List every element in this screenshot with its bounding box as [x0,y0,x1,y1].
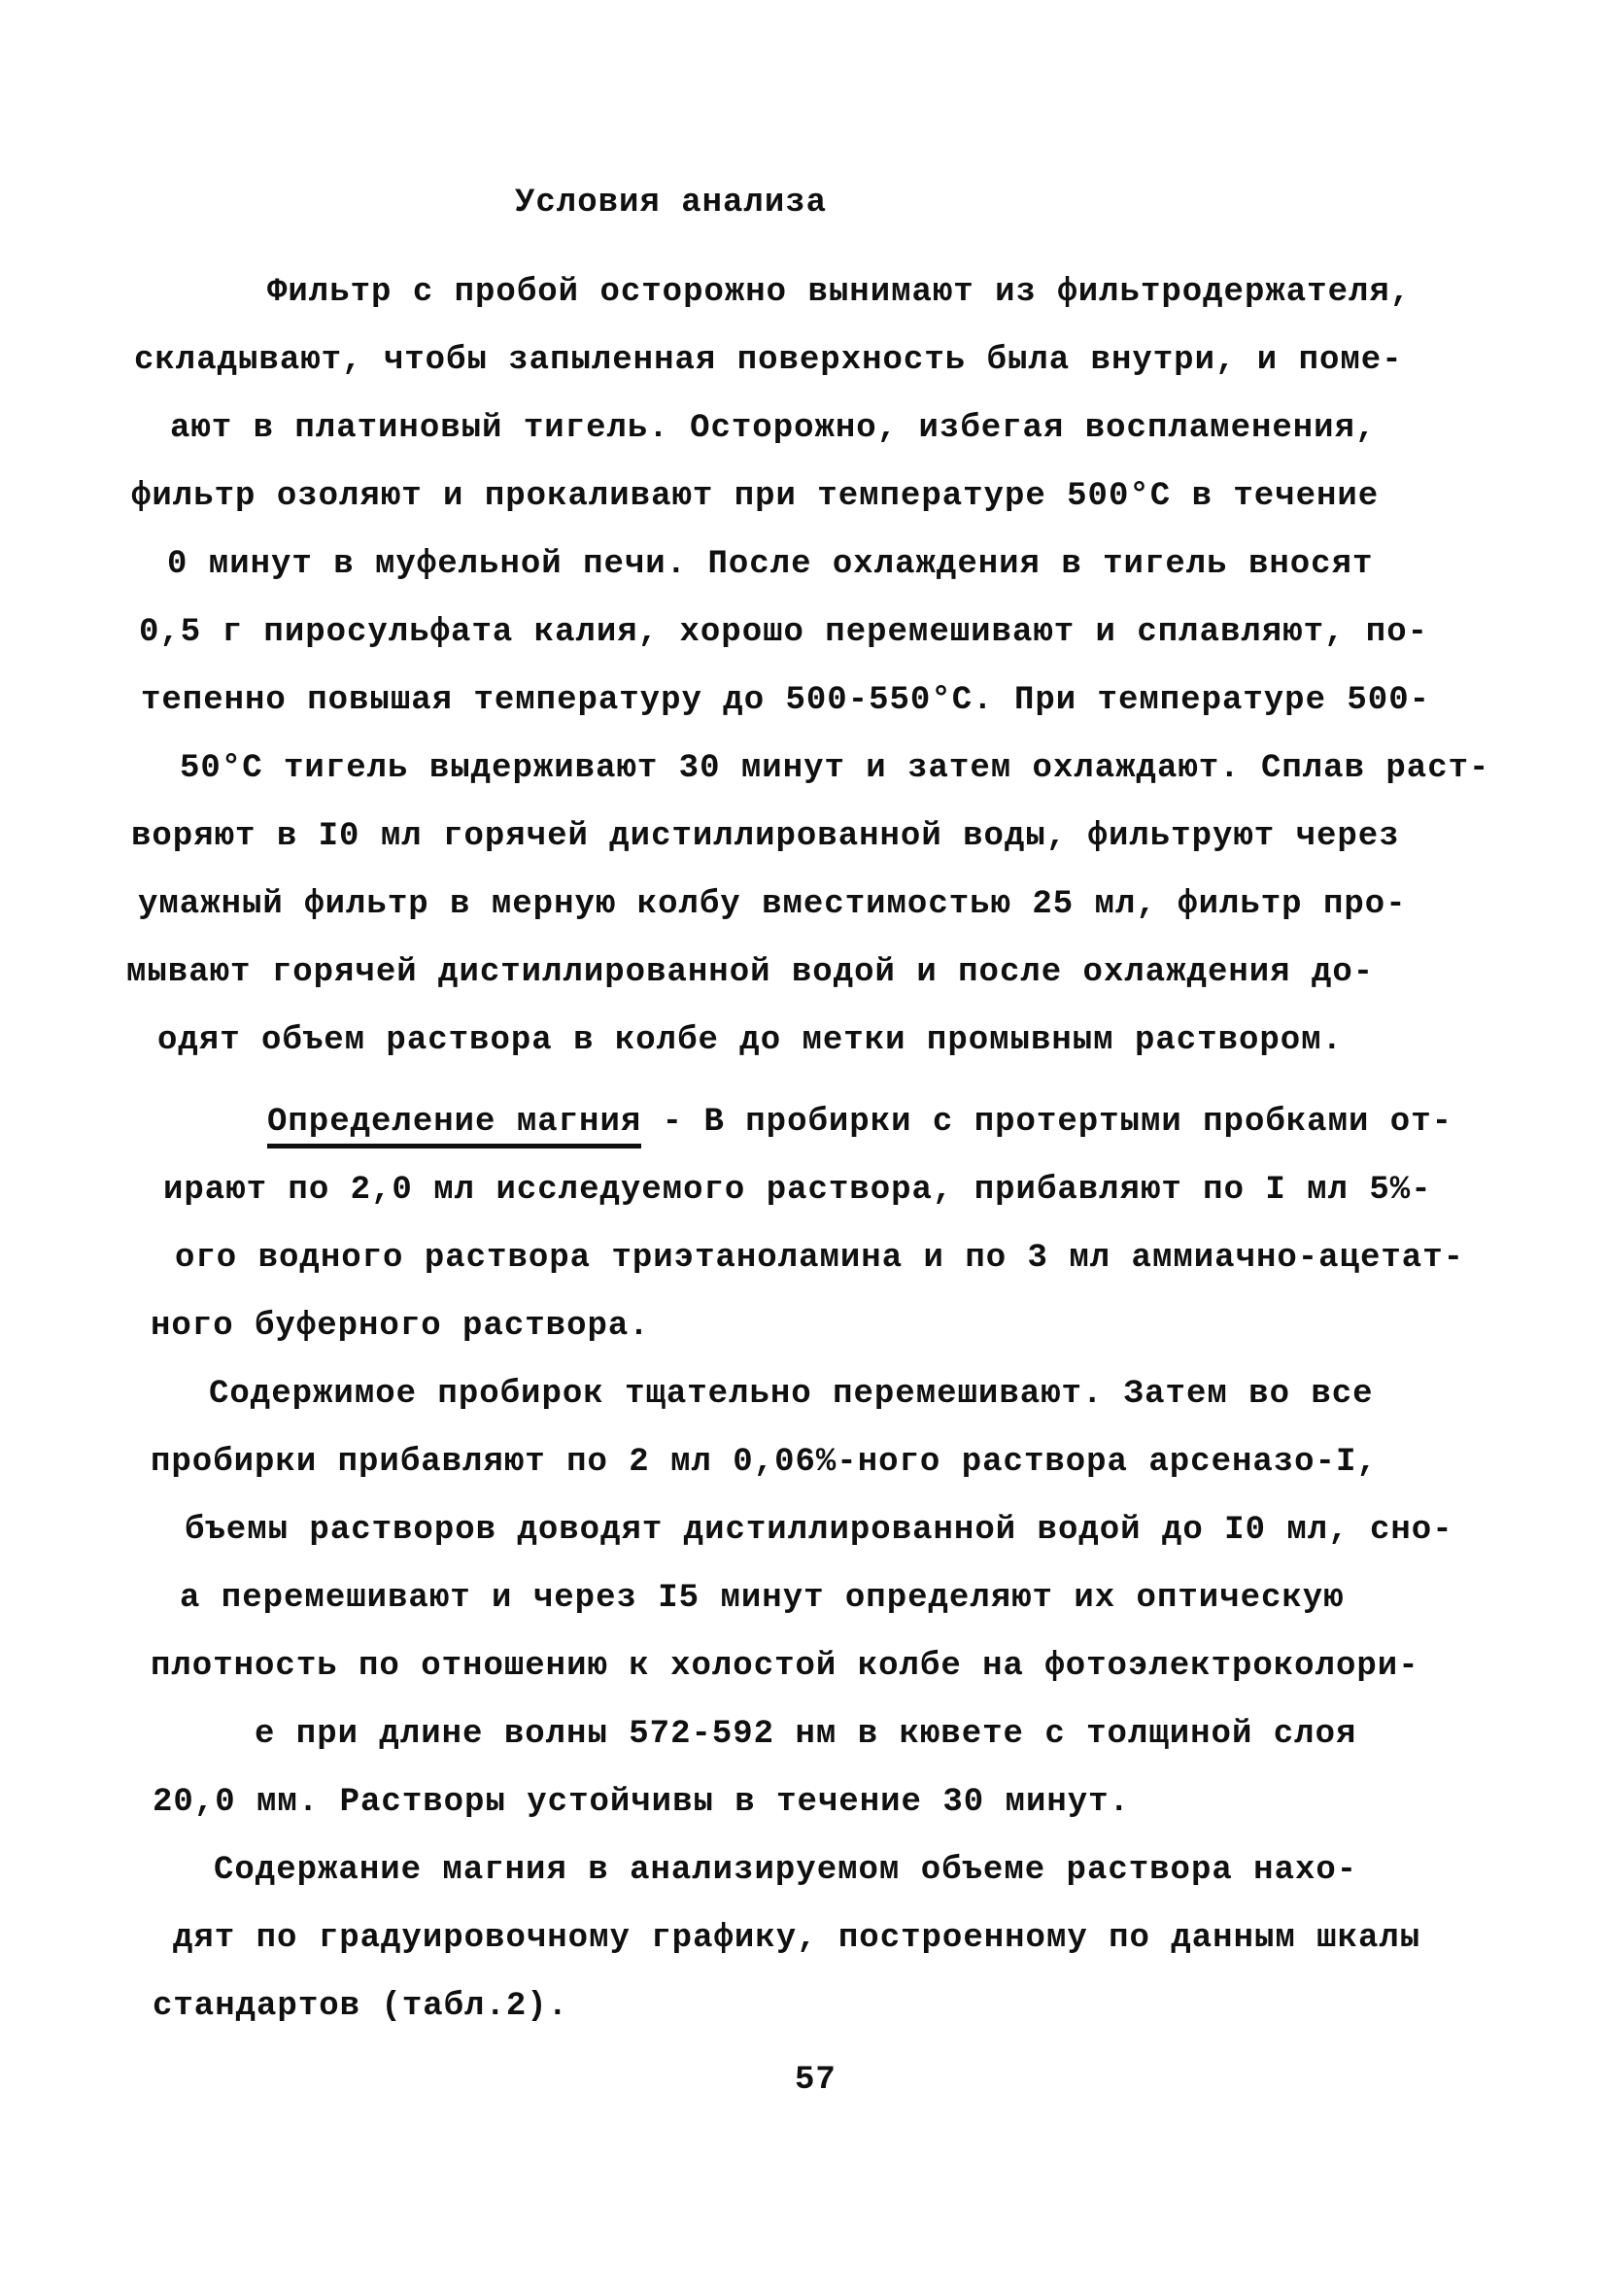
text-line: воряют в I0 мл горячей дистиллированной … [0,803,1606,871]
text-line: ого водного раствора триэтаноламина и по… [0,1224,1606,1292]
text-line: а перемешивают и через I5 минут определя… [0,1564,1606,1632]
text-body: Фильтр с пробой осторожно вынимают из фи… [0,258,1606,2040]
text-line: ают в платиновый тигель. Осторожно, избе… [0,394,1606,463]
text-line: е при длине волны 572-592 нм в кювете с … [0,1700,1606,1768]
text-line: 0 минут в муфельной печи. После охлажден… [0,531,1606,599]
text-line: ного буферного раствора. [0,1292,1606,1360]
text-line: одят объем раствора в колбе до метки про… [0,1007,1606,1075]
underlined-term: Определение магния [267,1104,641,1148]
text-line: 50°С тигель выдерживают 30 минут и затем… [0,735,1606,803]
text-line: фильтр озоляют и прокаливают при темпера… [0,463,1606,531]
text-line: плотность по отношению к холостой колбе … [0,1632,1606,1700]
text-line: Фильтр с пробой осторожно вынимают из фи… [0,258,1606,326]
text-line: складывают, чтобы запыленная поверхность… [0,326,1606,394]
text-line: мывают горячей дистиллированной водой и … [0,939,1606,1007]
text-line: 20,0 мм. Растворы устойчивы в течение 30… [0,1768,1606,1836]
text-line: стандартов (табл.2). [0,1972,1606,2040]
page-title: Условия анализа [0,169,1606,237]
text-line: умажный фильтр в мерную колбу вместимост… [0,871,1606,939]
text-line: тепенно повышая температуру до 500-550°С… [0,667,1606,735]
text-line: Содержание магния в анализируемом объеме… [0,1836,1606,1904]
text-line: ирают по 2,0 мл исследуемого раствора, п… [0,1156,1606,1224]
document-page: Условия анализа Фильтр с пробой осторожн… [0,0,1606,2296]
text-line: дят по градуировочному графику, построен… [0,1904,1606,1972]
text-line: пробирки прибавляют по 2 мл 0,06%-ного р… [0,1428,1606,1496]
text-line: бъемы растворов доводят дистиллированной… [0,1496,1606,1564]
text-line: Определение магния - В пробирки с протер… [0,1088,1606,1156]
page-number: 57 [0,2046,1606,2114]
text-line: 0,5 г пиросульфата калия, хорошо перемеш… [0,599,1606,667]
text-line: Содержимое пробирок тщательно перемешива… [0,1360,1606,1428]
